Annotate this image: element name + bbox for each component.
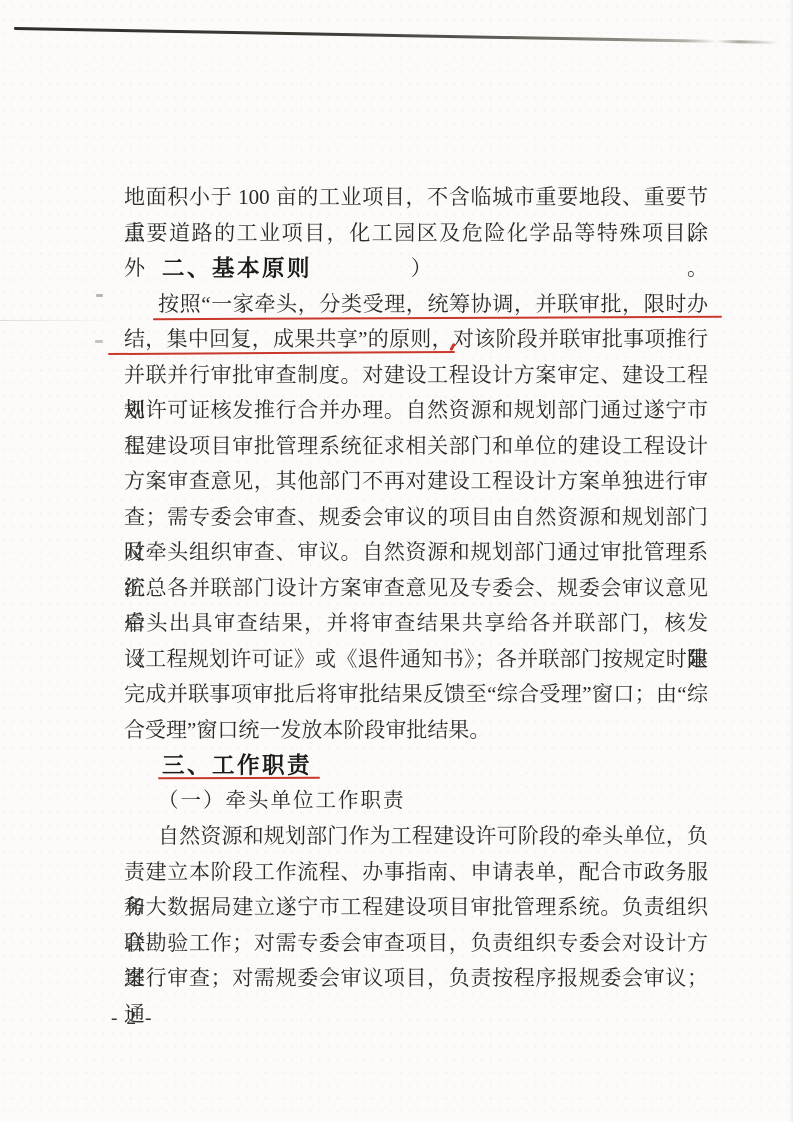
scanned-document-page: 地面积小于 100 亩的工业项目，不含临城市重要地段、重要节点、 重要道路的工业… <box>0 0 793 1122</box>
scan-scratch <box>0 320 118 321</box>
text-line: 结，集中回复，成果共享”的原则，对该阶段并联审批事项推行 <box>124 322 708 358</box>
text-line: 查；需专委会审查、规委会审议的项目由自然资源和规划部门及 <box>124 500 708 536</box>
text-line: 合勘验工作；对需专委会审查项目，负责组织专委会对设计方案 <box>124 926 708 962</box>
text-line: 完成并联事项审批后将审批结果反馈至“综合受理”窗口；由“综 <box>124 677 708 713</box>
text-line: 自然资源和规划部门作为工程建设许可阶段的牵头单位，负 <box>124 819 708 855</box>
section-heading-duties: 三、工作职责 <box>124 748 708 784</box>
text-line: 牵头出具审查结果，并将审查结果共享给各并联部门，核发《建 <box>124 606 708 642</box>
text-line: 时牵头组织审查、审议。自然资源和规划部门通过审批管理系统 <box>124 535 708 571</box>
text-line: 进行审查；对需规委会审议项目，负责按程序报规委会审议；通 <box>124 961 708 997</box>
red-underlined-text: 按照“一家牵头，分类受理，统筹协调，并联审批，限时办 <box>158 292 708 316</box>
text-line: 按照“一家牵头，分类受理，统筹协调，并联审批，限时办 <box>124 287 708 323</box>
red-underlined-text: 结，集中回复，成果共享”的原则， <box>124 327 453 351</box>
text-line: 划许可证核发推行合并办理。自然资源和规划部门通过遂宁市工 <box>124 393 708 429</box>
sub-heading-lead-unit-duties: （一）牵头单位工作职责 <box>124 784 708 820</box>
text-line: 设工程规划许可证》或《退件通知书》；各并联部门按规定时限 <box>124 642 708 678</box>
document-body: 地面积小于 100 亩的工业项目，不含临城市重要地段、重要节点、 重要道路的工业… <box>124 180 708 997</box>
page-number: - 2 - <box>111 1008 154 1030</box>
red-underlined-text: 三、工作职责 <box>162 753 312 778</box>
text-line: 责建立本阶段工作流程、办事指南、申请表单，配合市政务服务 <box>124 855 708 891</box>
text-line: 汇总各并联部门设计方案审查意见及专委会、规委会审议意见后 <box>124 571 708 607</box>
text-line: 合受理”窗口统一发放本阶段审批结果。 <box>124 713 708 749</box>
text-line: 重要道路的工业项目，化工园区及危险化学品等特殊项目除外）。 <box>124 216 708 252</box>
text-line: 并联并行审批审查制度。对建设工程设计方案审定、建设工程规 <box>124 358 708 394</box>
scan-speck <box>95 340 103 343</box>
text-line: 地面积小于 100 亩的工业项目，不含临城市重要地段、重要节点、 <box>124 180 708 216</box>
text-line: 和大数据局建立遂宁市工程建设项目审批管理系统。负责组织联 <box>124 890 708 926</box>
text-line: 程建设项目审批管理系统征求相关部门和单位的建设工程设计 <box>124 429 708 465</box>
scan-edge-shadow <box>789 0 793 1122</box>
scan-edge-artifact-line <box>14 27 778 43</box>
text-segment: 对该阶段并联审批事项推行 <box>453 327 708 351</box>
scan-speck <box>96 294 103 297</box>
text-line: 方案审查意见，其他部门不再对建设工程设计方案单独进行审 <box>124 464 708 500</box>
